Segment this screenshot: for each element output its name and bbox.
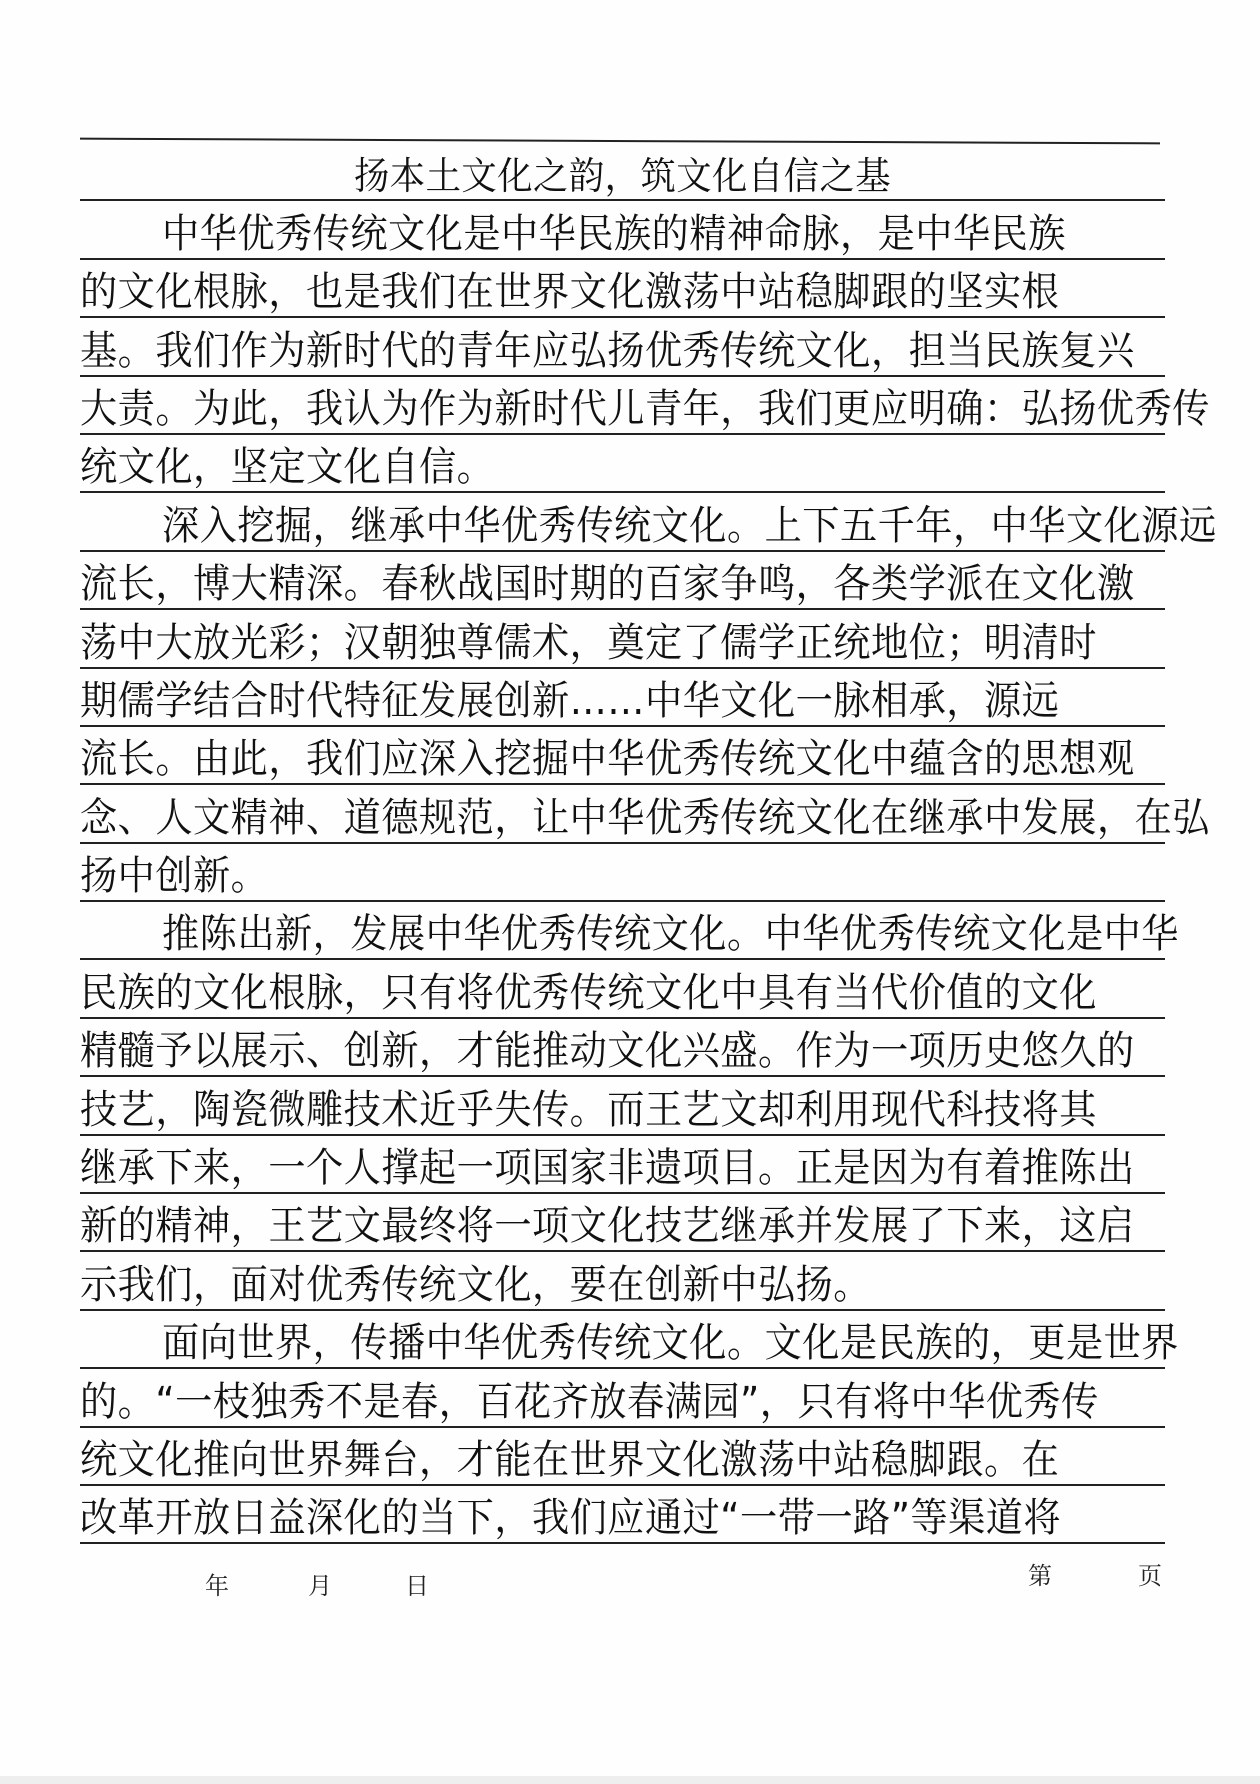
essay-title: 扬本土文化之韵，筑文化自信之基 <box>354 157 891 195</box>
paragraph-1-line-3: 基。我们作为新时代的青年应弘扬优秀传统文化，担当民族复兴 <box>80 318 1165 376</box>
text-line: 的。“一枝独秀不是春，百花齐放春满园”，只有将中华优秀传 <box>80 1382 1099 1422</box>
text-line: 精髓予以展示、创新，才能推动文化兴盛。作为一项历史悠久的 <box>80 1031 1135 1071</box>
paragraph-1-line-5: 统文化，坚定文化自信。 <box>80 435 1165 493</box>
paragraph-3-line-2: 民族的文化根脉，只有将优秀传统文化中具有当代价值的文化 <box>80 960 1165 1018</box>
text-line: 流长，博大精深。春秋战国时期的百家争鸣，各类学派在文化激 <box>80 564 1135 604</box>
month-label: 月 <box>308 1566 332 1601</box>
text-line: 面向世界，传播中华优秀传统文化。文化是民族的，更是世界 <box>162 1323 1179 1363</box>
handwritten-essay-page: 扬本土文化之韵，筑文化自信之基 中华优秀传统文化是中华民族的精神命脉，是中华民族… <box>0 0 1260 1784</box>
text-line: 改革开放日益深化的当下，我们应通过“一带一路”等渠道将 <box>80 1498 1061 1538</box>
paragraph-2-line-7: 扬中创新。 <box>80 844 1165 902</box>
paragraph-2-line-6: 念、人文精神、道德规范，让中华优秀传统文化在继承中发展，在弘 <box>80 785 1165 843</box>
paragraph-3-line-1: 推陈出新，发展中华优秀传统文化。中华优秀传统文化是中华 <box>80 902 1165 960</box>
text-line: 民族的文化根脉，只有将优秀传统文化中具有当代价值的文化 <box>80 973 1097 1013</box>
page-prefix-label: 第 <box>1028 1556 1052 1591</box>
paragraph-2-line-3: 荡中大放光彩；汉朝独尊儒术，奠定了儒学正统地位；明清时 <box>80 610 1165 668</box>
text-line: 中华优秀传统文化是中华民族的精神命脉，是中华民族 <box>162 214 1066 254</box>
page-footer: 年 月 日 第 页 <box>0 1552 1260 1612</box>
essay-title-row: 扬本土文化之韵，筑文化自信之基 <box>80 143 1165 201</box>
paragraph-2-line-5: 流长。由此，我们应深入挖掘中华优秀传统文化中蕴含的思想观 <box>80 727 1165 785</box>
text-line: 推陈出新，发展中华优秀传统文化。中华优秀传统文化是中华 <box>162 914 1179 954</box>
text-line: 统文化推向世界舞台，才能在世界文化激荡中站稳脚跟。在 <box>80 1440 1059 1480</box>
page-suffix-label: 页 <box>1138 1556 1162 1591</box>
paragraph-4-line-2: 的。“一枝独秀不是春，百花齐放春满园”，只有将中华优秀传 <box>80 1369 1165 1427</box>
text-line: 大责。为此，我认为作为新时代儿青年，我们更应明确：弘扬优秀传 <box>80 389 1210 429</box>
paragraph-3-line-4: 技艺，陶瓷微雕技术近乎失传。而王艺文却利用现代科技将其 <box>80 1077 1165 1135</box>
paragraph-3-line-6: 新的精神，王艺文最终将一项文化技艺继承并发展了下来，这启 <box>80 1194 1165 1252</box>
bottom-edge-strip <box>0 1776 1260 1784</box>
paragraph-1-line-1: 中华优秀传统文化是中华民族的精神命脉，是中华民族 <box>80 201 1165 259</box>
ruled-sheet: 扬本土文化之韵，筑文化自信之基 中华优秀传统文化是中华民族的精神命脉，是中华民族… <box>80 143 1165 1544</box>
text-line: 基。我们作为新时代的青年应弘扬优秀传统文化，担当民族复兴 <box>80 331 1135 371</box>
text-line: 统文化，坚定文化自信。 <box>80 447 494 487</box>
year-label: 年 <box>205 1566 229 1601</box>
paragraph-2-line-1: 深入挖掘，继承中华优秀传统文化。上下五千年，中华文化源远 <box>80 493 1165 551</box>
day-label: 日 <box>405 1566 429 1601</box>
paragraph-2-line-4: 期儒学结合时代特征发展创新……中华文化一脉相承，源远 <box>80 669 1165 727</box>
text-line: 的文化根脉，也是我们在世界文化激荡中站稳脚跟的坚实根 <box>80 272 1059 312</box>
paragraph-3-line-5: 继承下来，一个人撑起一项国家非遗项目。正是因为有着推陈出 <box>80 1136 1165 1194</box>
text-line: 深入挖掘，继承中华优秀传统文化。上下五千年，中华文化源远 <box>162 506 1217 546</box>
text-line: 期儒学结合时代特征发展创新……中华文化一脉相承，源远 <box>80 681 1059 721</box>
text-line: 新的精神，王艺文最终将一项文化技艺继承并发展了下来，这启 <box>80 1206 1135 1246</box>
paragraph-1-line-4: 大责。为此，我认为作为新时代儿青年，我们更应明确：弘扬优秀传 <box>80 377 1165 435</box>
paragraph-4-line-1: 面向世界，传播中华优秀传统文化。文化是民族的，更是世界 <box>80 1311 1165 1369</box>
text-line: 荡中大放光彩；汉朝独尊儒术，奠定了儒学正统地位；明清时 <box>80 623 1097 663</box>
text-line: 扬中创新。 <box>80 856 268 896</box>
text-line: 技艺，陶瓷微雕技术近乎失传。而王艺文却利用现代科技将其 <box>80 1090 1097 1130</box>
paragraph-4-line-3: 统文化推向世界舞台，才能在世界文化激荡中站稳脚跟。在 <box>80 1428 1165 1486</box>
text-line: 念、人文精神、道德规范，让中华优秀传统文化在继承中发展，在弘 <box>80 798 1210 838</box>
paragraph-4-line-4: 改革开放日益深化的当下，我们应通过“一带一路”等渠道将 <box>80 1486 1165 1544</box>
text-line: 流长。由此，我们应深入挖掘中华优秀传统文化中蕴含的思想观 <box>80 739 1135 779</box>
paragraph-3-line-3: 精髓予以展示、创新，才能推动文化兴盛。作为一项历史悠久的 <box>80 1019 1165 1077</box>
paragraph-2-line-2: 流长，博大精深。春秋战国时期的百家争鸣，各类学派在文化激 <box>80 552 1165 610</box>
text-line: 继承下来，一个人撑起一项国家非遗项目。正是因为有着推陈出 <box>80 1148 1135 1188</box>
paragraph-1-line-2: 的文化根脉，也是我们在世界文化激荡中站稳脚跟的坚实根 <box>80 260 1165 318</box>
text-line: 示我们，面对优秀传统文化，要在创新中弘扬。 <box>80 1265 871 1305</box>
paragraph-3-line-7: 示我们，面对优秀传统文化，要在创新中弘扬。 <box>80 1252 1165 1310</box>
